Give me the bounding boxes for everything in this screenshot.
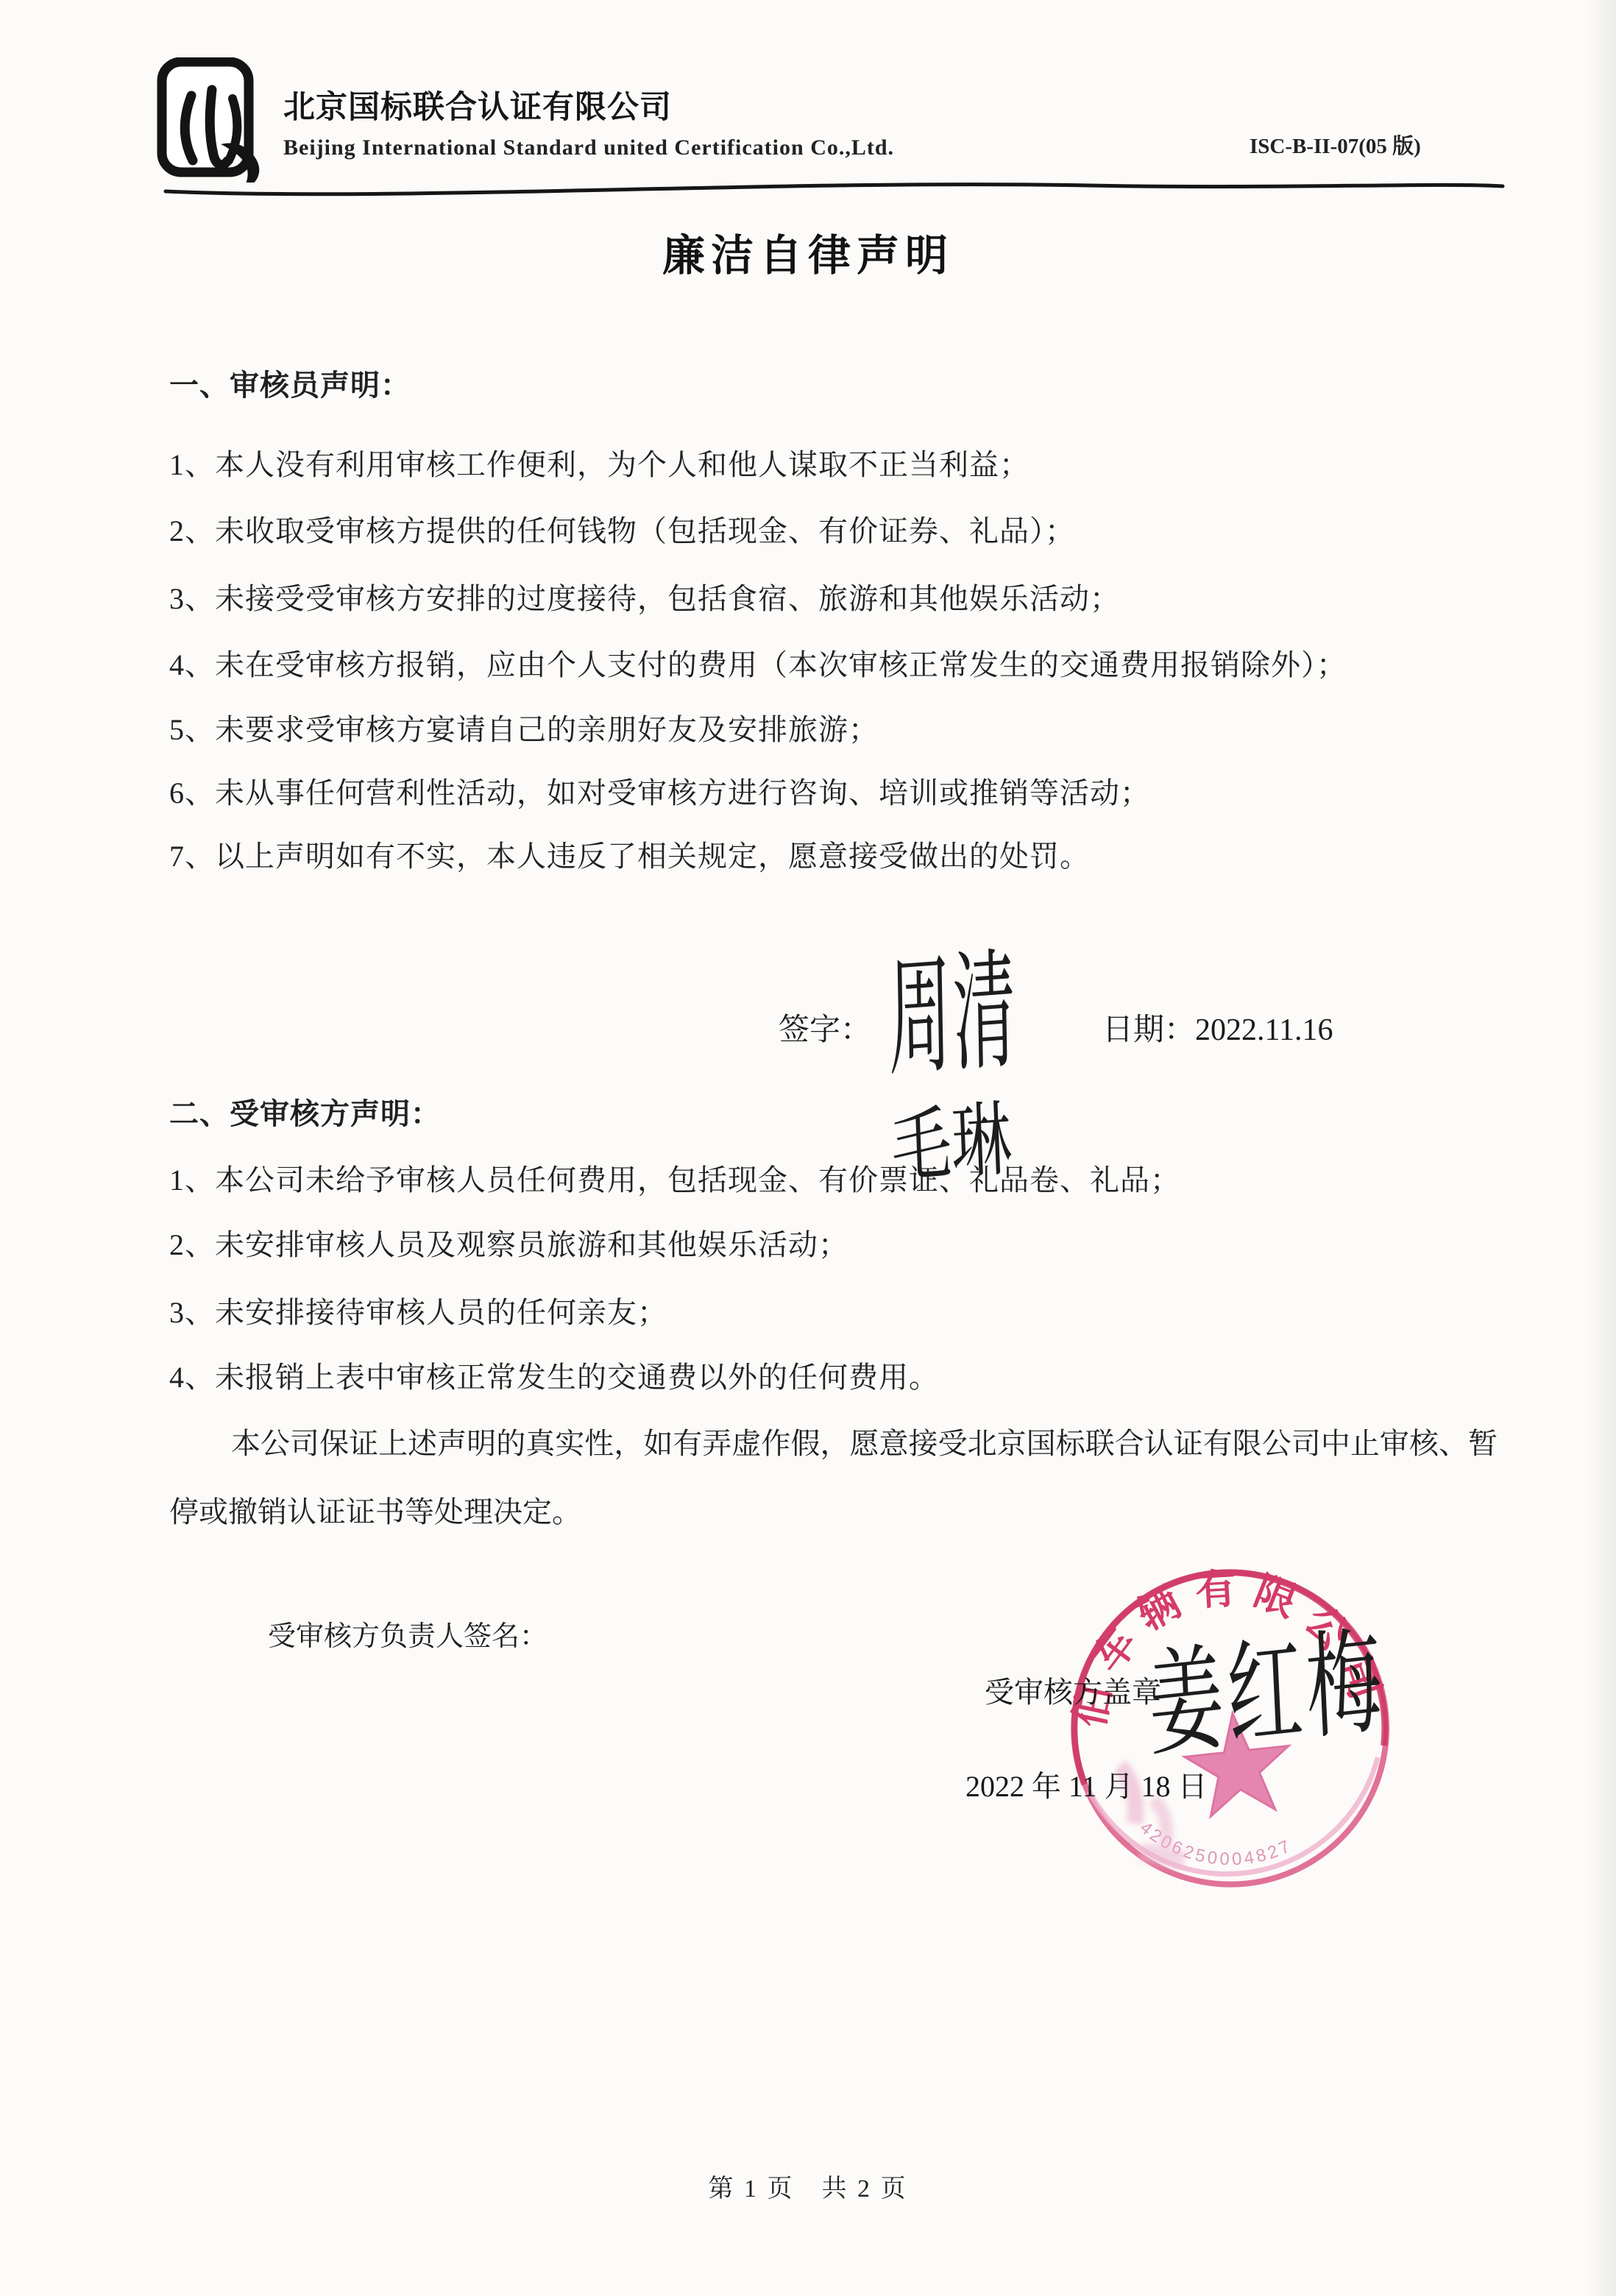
auditor-item-5: 5、未要求受审核方宴请自己的亲朋好友及安排旅游；	[169, 706, 879, 748]
company-name-cn: 北京国标联合认证有限公司	[283, 82, 672, 127]
auditor-signature-1: 周清	[887, 904, 1019, 1102]
company-name-en: Beijing International Standard united Ce…	[283, 135, 894, 160]
auditor-item-2: 2、未收取受审核方提供的任何钱物（包括现金、有价证券、礼品）；	[169, 508, 1075, 550]
date-label: 日期：	[1102, 1013, 1195, 1047]
auditee-item-3: 3、未安排接待审核人员的任何亲友；	[169, 1289, 667, 1331]
scanned-document-page: 北京国标联合认证有限公司 Beijing International Stand…	[0, 0, 1616, 2296]
auditee-pledge-paragraph: 本公司保证上述声明的真实性，如有弄虚作假，愿意接受北京国标联合认证有限公司中止审…	[169, 1409, 1498, 1546]
sign-date-row: 日期：2022.11.16	[1102, 1005, 1333, 1049]
auditor-item-4: 4、未在受审核方报销，应由个人支付的费用（本次审核正常发生的交通费用报销除外）；	[169, 642, 1347, 684]
header-divider	[0, 174, 1616, 206]
auditee-section-heading: 二、受审核方声明：	[169, 1091, 441, 1133]
auditor-item-3: 3、未接受受审核方安排的过度接待，包括食宿、旅游和其他娱乐活动；	[169, 575, 1120, 617]
company-logo	[156, 57, 270, 183]
sign-label: 签字：	[779, 1005, 871, 1049]
page-number-footer: 第 1 页 共 2 页	[0, 2168, 1616, 2204]
auditor-item-7: 7、以上声明如有不实，本人违反了相关规定，愿意接受做出的处罚。	[169, 833, 1090, 875]
document-code: ISC-B-II-07(05 版)	[1250, 130, 1421, 160]
auditee-item-1: 1、本公司未给予审核人员任何费用，包括现金、有价票证、礼品卷、礼品；	[169, 1157, 1180, 1199]
leader-sign-label: 受审核方负责人签名：	[268, 1613, 547, 1654]
auditee-item-4: 4、未报销上表中审核正常发生的交通费以外的任何费用。	[169, 1354, 939, 1396]
auditor-section-heading: 一、审核员声明：	[169, 362, 411, 404]
auditee-item-2: 2、未安排审核人员及观察员旅游和其他娱乐活动；	[169, 1222, 848, 1264]
auditor-item-1: 1、本人没有利用审核工作便利，为个人和他人谋取不正当利益；	[169, 442, 1030, 483]
date-value: 2022.11.16	[1195, 1013, 1333, 1047]
scan-edge-shadow	[1587, 0, 1616, 2296]
bisc-logo-icon	[156, 57, 270, 183]
auditee-seal-signature: 姜红梅	[1144, 1588, 1389, 1779]
page-title: 廉洁自律声明	[0, 221, 1616, 283]
auditor-item-6: 6、未从事任何营利性活动，如对受审核方进行咨询、培训或推销等活动；	[169, 770, 1150, 812]
seal-label: 受审核方盖章	[985, 1669, 1161, 1711]
